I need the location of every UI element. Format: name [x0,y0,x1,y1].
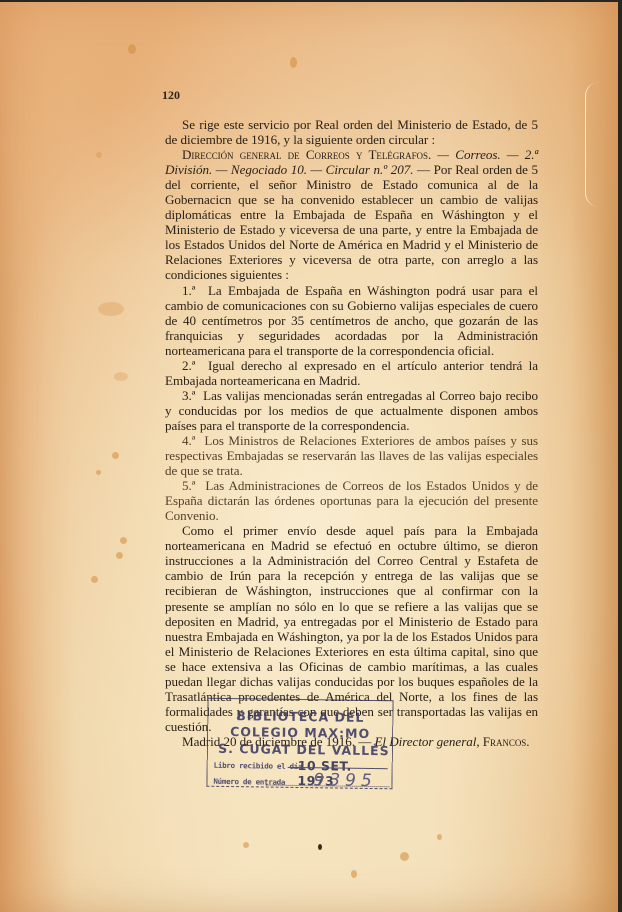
foxing-spot [243,842,249,848]
signature-name: Francos. [483,734,530,749]
condition-label: 4.ª [182,433,195,448]
foxing-spot [400,852,409,861]
stamp-location: S. CUGAT DEL VALLÉS [212,741,396,759]
library-stamp: BIBLIOTECA DEL COLEGIO MAX:MO S. CUGAT D… [206,698,393,790]
circular-paragraph: Dirección general de Correos y Telégrafo… [165,147,538,282]
document-page: 120 Se rige este servicio por Real orden… [0,2,618,912]
foxing-spot [91,576,98,583]
foxing-spot [437,834,442,840]
page-number: 120 [162,88,180,103]
condition-label: 3.ª [182,388,195,403]
condition-5: 5.ª Las Administraciones de Correos de l… [165,478,538,523]
condition-text: Los Ministros de Relaciones Exteriores d… [165,433,538,478]
foxing-spot [114,372,128,381]
foxing-spot [96,470,101,475]
condition-4: 4.ª Los Ministros de Relaciones Exterior… [165,433,538,478]
foxing-spot [120,537,127,544]
stamp-entry-number: 9395 [313,770,377,791]
stamp-college-name: COLEGIO MAX:MO [208,724,392,742]
condition-3: 3.ª Las valijas mencionadas serán entreg… [165,388,538,433]
condition-label: 5.ª [182,478,195,493]
ink-speck [318,844,322,850]
document-body: Se rige este servicio por Real orden del… [165,117,538,749]
circular-heading: Dirección general de Correos y Telégrafo… [182,147,431,162]
stamp-library-name: BIBLIOTECA DEL [208,708,392,726]
foxing-spot [112,452,119,459]
condition-text: Las Administraciones de Correos de los E… [165,478,538,523]
page-tear-mark [585,82,612,207]
foxing-spot [96,152,102,158]
condition-label: 1.ª [182,283,195,298]
foxing-spot [98,302,124,316]
foxing-spot [290,57,297,68]
intro-paragraph: Se rige este servicio por Real orden del… [165,117,538,147]
circular-text: — Por Real orden de 5 del corriente, el … [165,162,538,282]
condition-2: 2.ª Igual derecho al expresado en el art… [165,358,538,388]
condition-label: 2.ª [182,358,195,373]
condition-1: 1.ª La Embajada de España en Wáshington … [165,283,538,358]
foxing-spot [116,552,123,559]
foxing-spot [128,44,136,54]
foxing-spot [351,870,357,878]
condition-text: Igual derecho al expresado en el artícul… [165,358,538,388]
condition-text: La Embajada de España en Wáshington podr… [165,283,538,358]
condition-text: Las valijas mencionadas serán entregadas… [165,388,538,433]
